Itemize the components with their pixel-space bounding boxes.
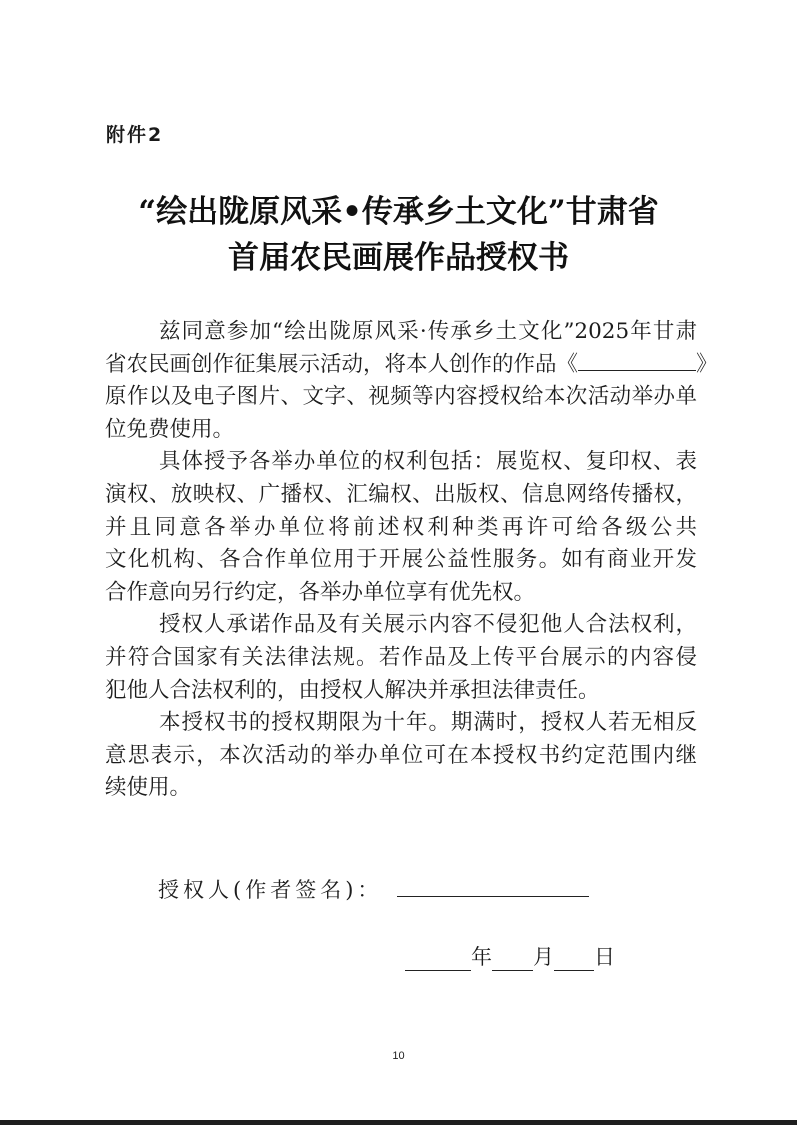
- text-line: 授权人承诺作品及有关展示内容不侵犯他人合法权利，: [105, 609, 697, 642]
- text-line: 具体授予各举办单位的权利包括：展览权、复印权、表: [105, 446, 697, 479]
- year-field[interactable]: [405, 948, 471, 971]
- document-title-line-2: 首届农民画展作品授权书: [0, 232, 797, 277]
- page-number: 10: [0, 1050, 797, 1062]
- year-label: 年: [471, 941, 492, 971]
- work-title-blank[interactable]: [578, 350, 696, 371]
- text-line: 并符合国家有关法律法规。若作品及上传平台展示的内容侵: [105, 642, 697, 675]
- bottom-edge-bar: [0, 1120, 797, 1125]
- text-line: 意思表示，本次活动的举办单位可在本授权书约定范围内继: [105, 740, 697, 773]
- text-line: 位免费使用。: [105, 414, 697, 447]
- month-label: 月: [533, 941, 554, 971]
- text-segment: 省农民画创作征集展示活动，将本人创作的作品《: [105, 352, 578, 377]
- text-line: 并且同意各举办单位将前述权利种类再许可给各级公共: [105, 512, 697, 545]
- attachment-label: 附件2: [106, 120, 163, 147]
- text-line: 文化机构、各合作单位用于开展公益性服务。如有商业开发: [105, 544, 697, 577]
- date-row: 年 月 日: [405, 941, 615, 971]
- text-line: 演权、放映权、广播权、汇编权、出版权、信息网络传播权，: [105, 479, 697, 512]
- text-line: 兹同意参加“绘出陇原风采·传承乡土文化”2025年甘肃: [105, 316, 697, 349]
- text-line: 原作以及电子图片、文字、视频等内容授权给本次活动举办单: [105, 381, 697, 414]
- day-label: 日: [594, 941, 615, 971]
- text-line: 犯他人合法权利的，由授权人解决并承担法律责任。: [105, 675, 697, 708]
- text-segment: 》: [696, 352, 718, 377]
- text-line: 合作意向另行约定，各举办单位享有优先权。: [105, 577, 697, 610]
- signature-label: 授权人(作者签名)：: [158, 874, 382, 904]
- text-line: 本授权书的授权期限为十年。期满时，授权人若无相反: [105, 707, 697, 740]
- month-field[interactable]: [492, 948, 533, 971]
- document-body: 兹同意参加“绘出陇原风采·传承乡土文化”2025年甘肃 省农民画创作征集展示活动…: [105, 316, 697, 805]
- paragraph-term: 本授权书的授权期限为十年。期满时，授权人若无相反 意思表示，本次活动的举办单位可…: [105, 707, 697, 805]
- text-line-with-blank: 省农民画创作征集展示活动，将本人创作的作品《》: [105, 349, 697, 382]
- signature-field[interactable]: [397, 896, 589, 897]
- paragraph-consent: 兹同意参加“绘出陇原风采·传承乡土文化”2025年甘肃 省农民画创作征集展示活动…: [105, 316, 697, 446]
- paragraph-rights: 具体授予各举办单位的权利包括：展览权、复印权、表 演权、放映权、广播权、汇编权、…: [105, 446, 697, 609]
- document-title-line-1: “绘出陇原风采•传承乡土文化”甘肃省: [0, 186, 797, 231]
- day-field[interactable]: [554, 948, 594, 971]
- text-line: 续使用。: [105, 772, 697, 805]
- paragraph-commitment: 授权人承诺作品及有关展示内容不侵犯他人合法权利， 并符合国家有关法律法规。若作品…: [105, 609, 697, 707]
